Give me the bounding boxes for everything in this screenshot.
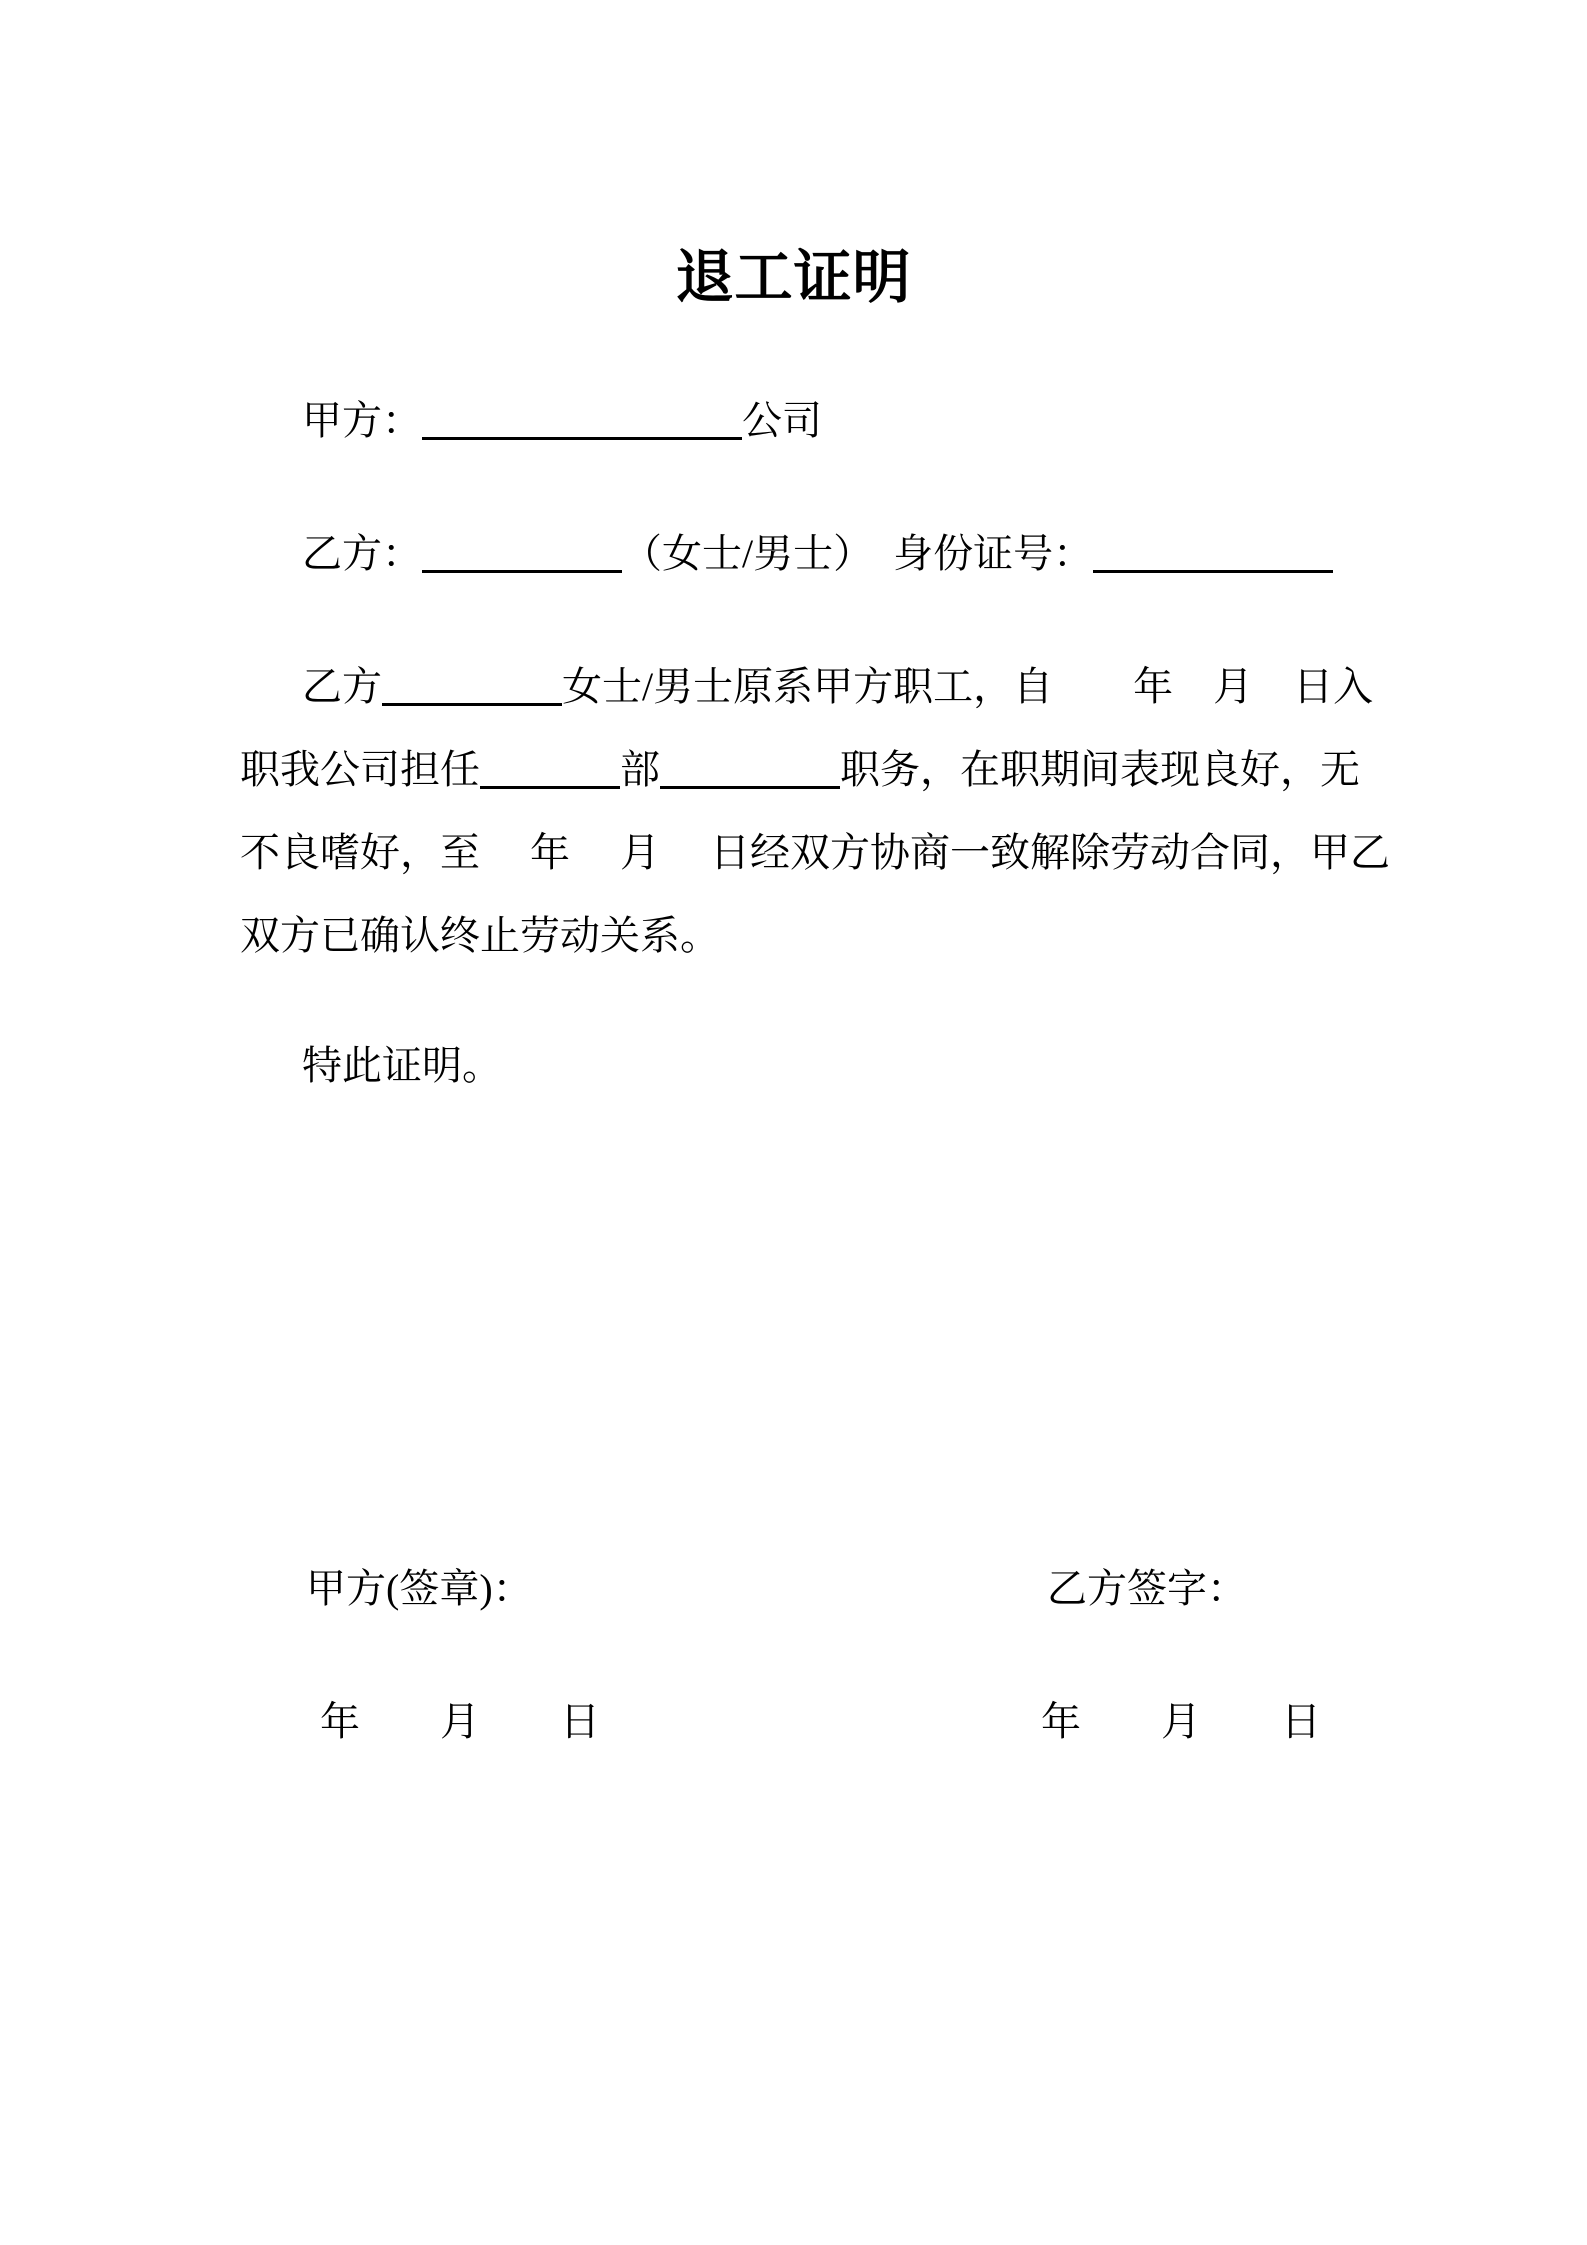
party-a-line: 甲方：公司	[302, 398, 822, 444]
fill-in-blank	[1093, 570, 1333, 573]
document-title: 退工证明	[0, 246, 1587, 310]
fill-in-blank	[382, 703, 562, 706]
fill-in-blank	[422, 437, 742, 440]
fill-in-blank	[660, 786, 840, 789]
body-line-1: 乙方女士/男士原系甲方职工，自 年 月 日入	[302, 664, 1373, 710]
party-b-line: 乙方：（女士/男士） 身份证号：	[302, 531, 1333, 577]
body-line-4: 双方已确认终止劳动关系。	[240, 913, 720, 959]
body-line-2: 职我公司担任部职务，在职期间表现良好，无	[240, 747, 1360, 793]
fill-in-blank	[480, 786, 620, 789]
body-line-3: 不良嗜好，至 年 月 日经双方协商一致解除劳动合同，甲乙	[240, 830, 1390, 876]
fill-in-blank	[422, 570, 622, 573]
party-b-date-line: 年 月 日	[1041, 1699, 1321, 1745]
party-a-signature-label: 甲方(签章)：	[306, 1566, 533, 1612]
party-b-signature-label: 乙方签字：	[1047, 1566, 1247, 1612]
party-a-date-line: 年 月 日	[320, 1699, 600, 1745]
closing-line: 特此证明。	[302, 1043, 502, 1089]
document-page: 退工证明 甲方：公司 乙方：（女士/男士） 身份证号： 乙方女士/男士原系甲方职…	[0, 0, 1587, 2245]
